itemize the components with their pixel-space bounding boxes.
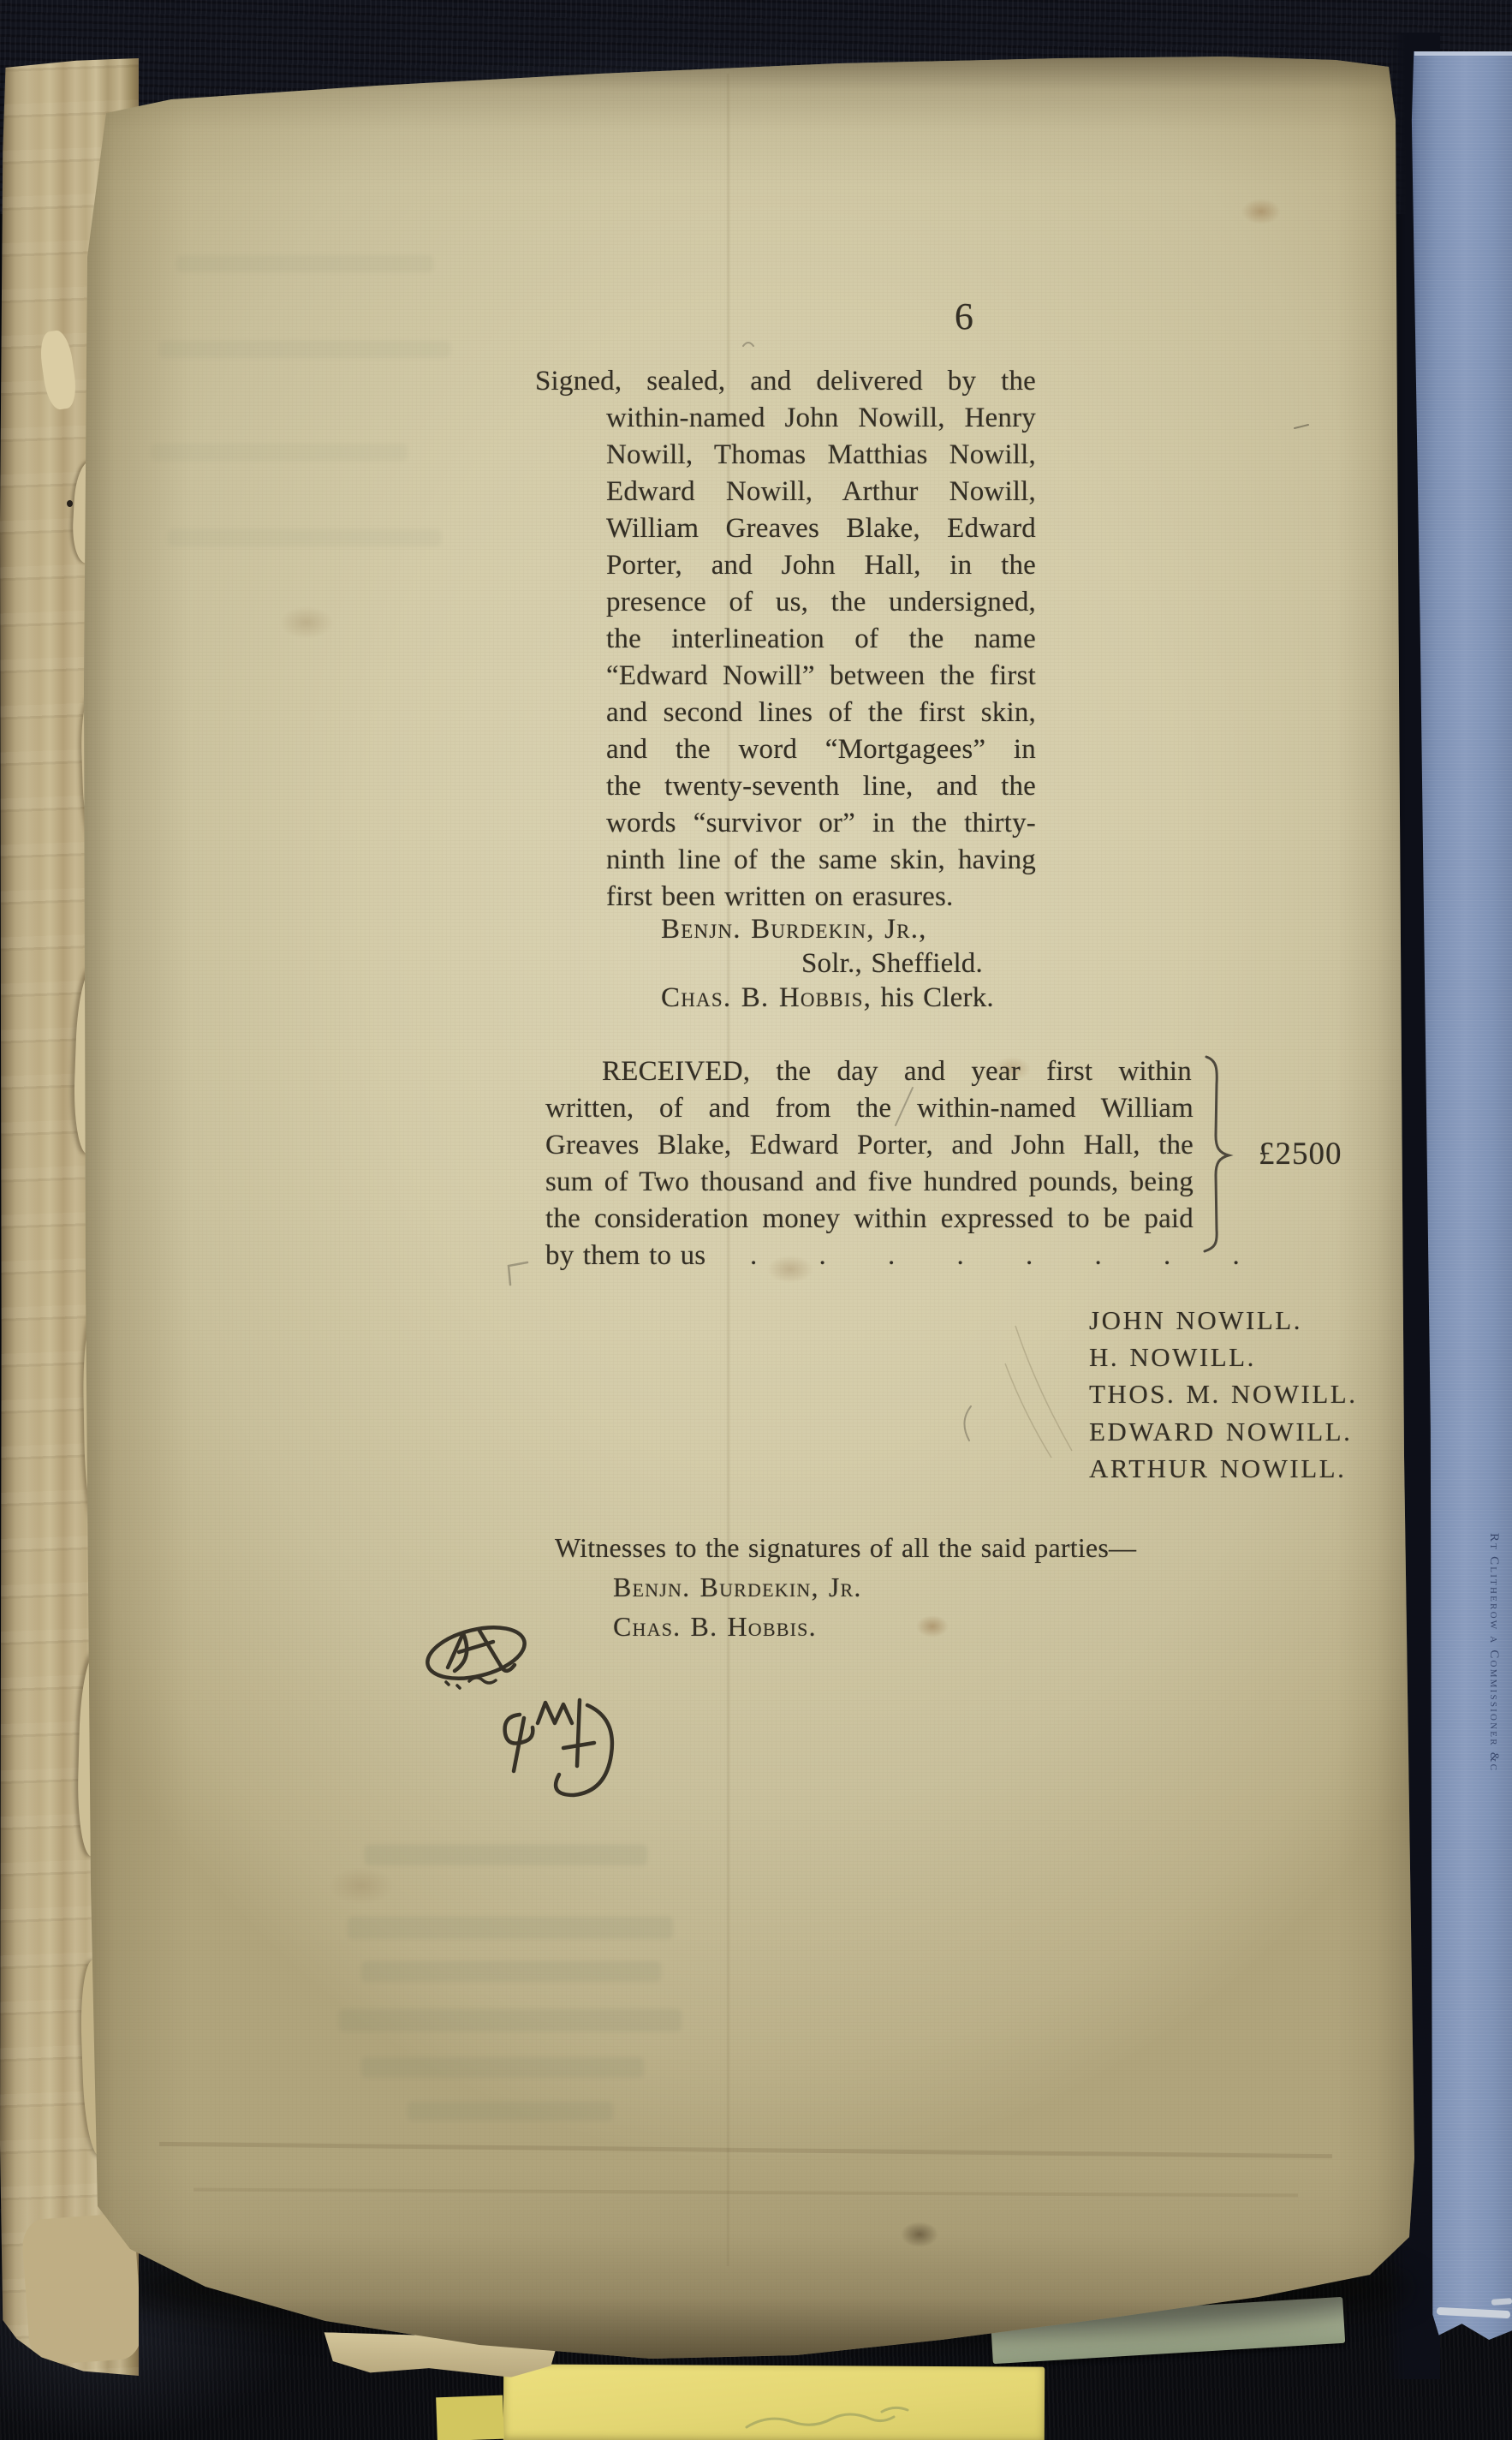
horizontal-crease xyxy=(159,2142,1332,2158)
foxing-stain xyxy=(1241,199,1281,224)
showthrough-text-ghost xyxy=(151,444,408,461)
foxing-stain xyxy=(329,1867,394,1905)
page-top-shading xyxy=(74,50,1418,187)
yellow-note-slip xyxy=(503,2364,1045,2440)
paper-texture xyxy=(74,50,1418,2362)
torn-page-flap xyxy=(38,329,79,411)
page-right-shading xyxy=(1336,50,1418,2362)
blue-page-top-edge xyxy=(1414,51,1512,56)
showthrough-text-ghost xyxy=(408,2102,613,2121)
yellow-note-tab xyxy=(436,2395,504,2440)
page-fold-crease xyxy=(726,74,731,2266)
showthrough-text-ghost xyxy=(176,255,433,272)
page-bottom-shading xyxy=(74,2165,1418,2362)
horizontal-crease xyxy=(193,2188,1298,2198)
showthrough-text-ghost xyxy=(361,1961,661,1982)
adjacent-blue-page xyxy=(1408,51,1512,2347)
showthrough-text-ghost xyxy=(348,1917,673,1939)
foxing-stain xyxy=(993,1057,1031,1081)
showthrough-text-ghost xyxy=(168,529,442,546)
page-paper xyxy=(74,50,1418,2362)
showthrough-text-ghost xyxy=(361,2057,644,2078)
foxing-stain xyxy=(901,2222,938,2247)
foxing-stain xyxy=(279,606,334,639)
showthrough-text-ghost xyxy=(365,1845,647,1865)
foxing-stain xyxy=(767,1256,813,1283)
foxing-stain xyxy=(916,1615,949,1638)
book-page xyxy=(74,50,1418,2362)
ink-speck xyxy=(67,500,73,507)
showthrough-text-ghost xyxy=(159,341,450,358)
showthrough-text-ghost xyxy=(339,2009,682,2031)
